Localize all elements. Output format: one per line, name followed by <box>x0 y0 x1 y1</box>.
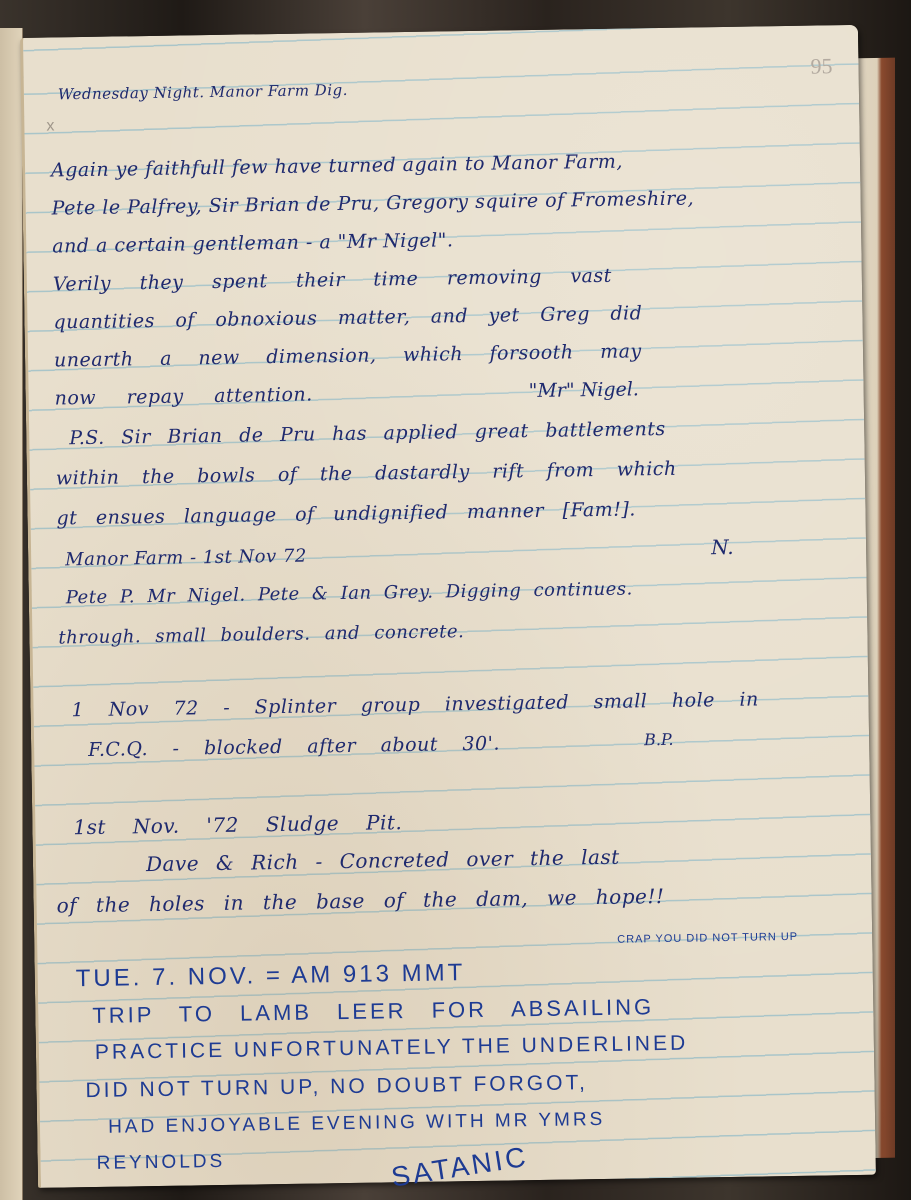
entry-line: 1 Nov 72 - Splinter group investigated s… <box>71 688 759 721</box>
entry-line: within the bowls of the dastardly rift f… <box>56 458 677 490</box>
entry-signature: SATANIC <box>389 1141 530 1194</box>
facing-page-edge <box>0 28 23 1200</box>
entry-line: TUE. 7. NOV. = AM 913 MMT <box>76 959 466 993</box>
photo-scene: 95 x Wednesday Night. Manor Farm Dig. Ag… <box>0 0 911 1200</box>
entry-line: quantities of obnoxious matter, and yet … <box>53 302 642 333</box>
entry-line: DID NOT TURN UP, NO DOUBT FORGOT, <box>85 1071 588 1103</box>
entry-line: PRACTICE UNFORTUNATELY THE UNDERLINED <box>95 1032 689 1065</box>
entry-heading: Wednesday Night. Manor Farm Dig. <box>58 81 348 104</box>
entry-line: REYNOLDS <box>97 1151 226 1175</box>
entry-line: TRIP TO LAMB LEER FOR ABSAILING <box>92 994 654 1029</box>
entry-line: unearth a new dimension, which forsooth … <box>54 340 642 371</box>
entry-line: Dave & Rich - Concreted over the last <box>146 845 620 876</box>
entry-signature: "Mr" Nigel. <box>528 378 639 402</box>
entry-line: now repay attention. <box>54 383 312 409</box>
entry-line: Again ye faithfull few have turned again… <box>51 151 623 182</box>
entry-annotation: CRAP YOU DID NOT TURN UP <box>617 931 798 946</box>
logbook-page: 95 x Wednesday Night. Manor Farm Dig. Ag… <box>20 25 876 1188</box>
entry-signature: N. <box>711 535 734 559</box>
entry-signature: B.P. <box>644 730 674 749</box>
margin-mark: x <box>46 117 54 135</box>
entry-line: and a certain gentleman - a "Mr Nigel". <box>52 229 454 257</box>
entry-line: F.C.Q. - blocked after about 30'. <box>88 733 500 761</box>
page-number: 95 <box>810 53 832 79</box>
entry-line: P.S. Sir Brian de Pru has applied great … <box>69 418 666 449</box>
entry-heading: Manor Farm - 1st Nov 72 <box>65 546 307 571</box>
entry-line: Pete le Palfrey, Sir Brian de Pru, Grego… <box>52 187 695 219</box>
entry-line: through. small boulders. and concrete. <box>58 621 464 648</box>
entry-line: of the holes in the base of the dam, we … <box>56 884 664 918</box>
entry-line: gt ensues language of undignified manner… <box>56 498 636 529</box>
entry-line: Pete P. Mr Nigel. Pete & Ian Grey. Diggi… <box>66 578 633 608</box>
entry-line: HAD ENJOYABLE EVENING WITH MR YMRS <box>108 1109 605 1139</box>
entry-heading: 1st Nov. '72 Sludge Pit. <box>73 810 402 839</box>
entry-line: Verily they spent their time removing va… <box>53 265 612 296</box>
